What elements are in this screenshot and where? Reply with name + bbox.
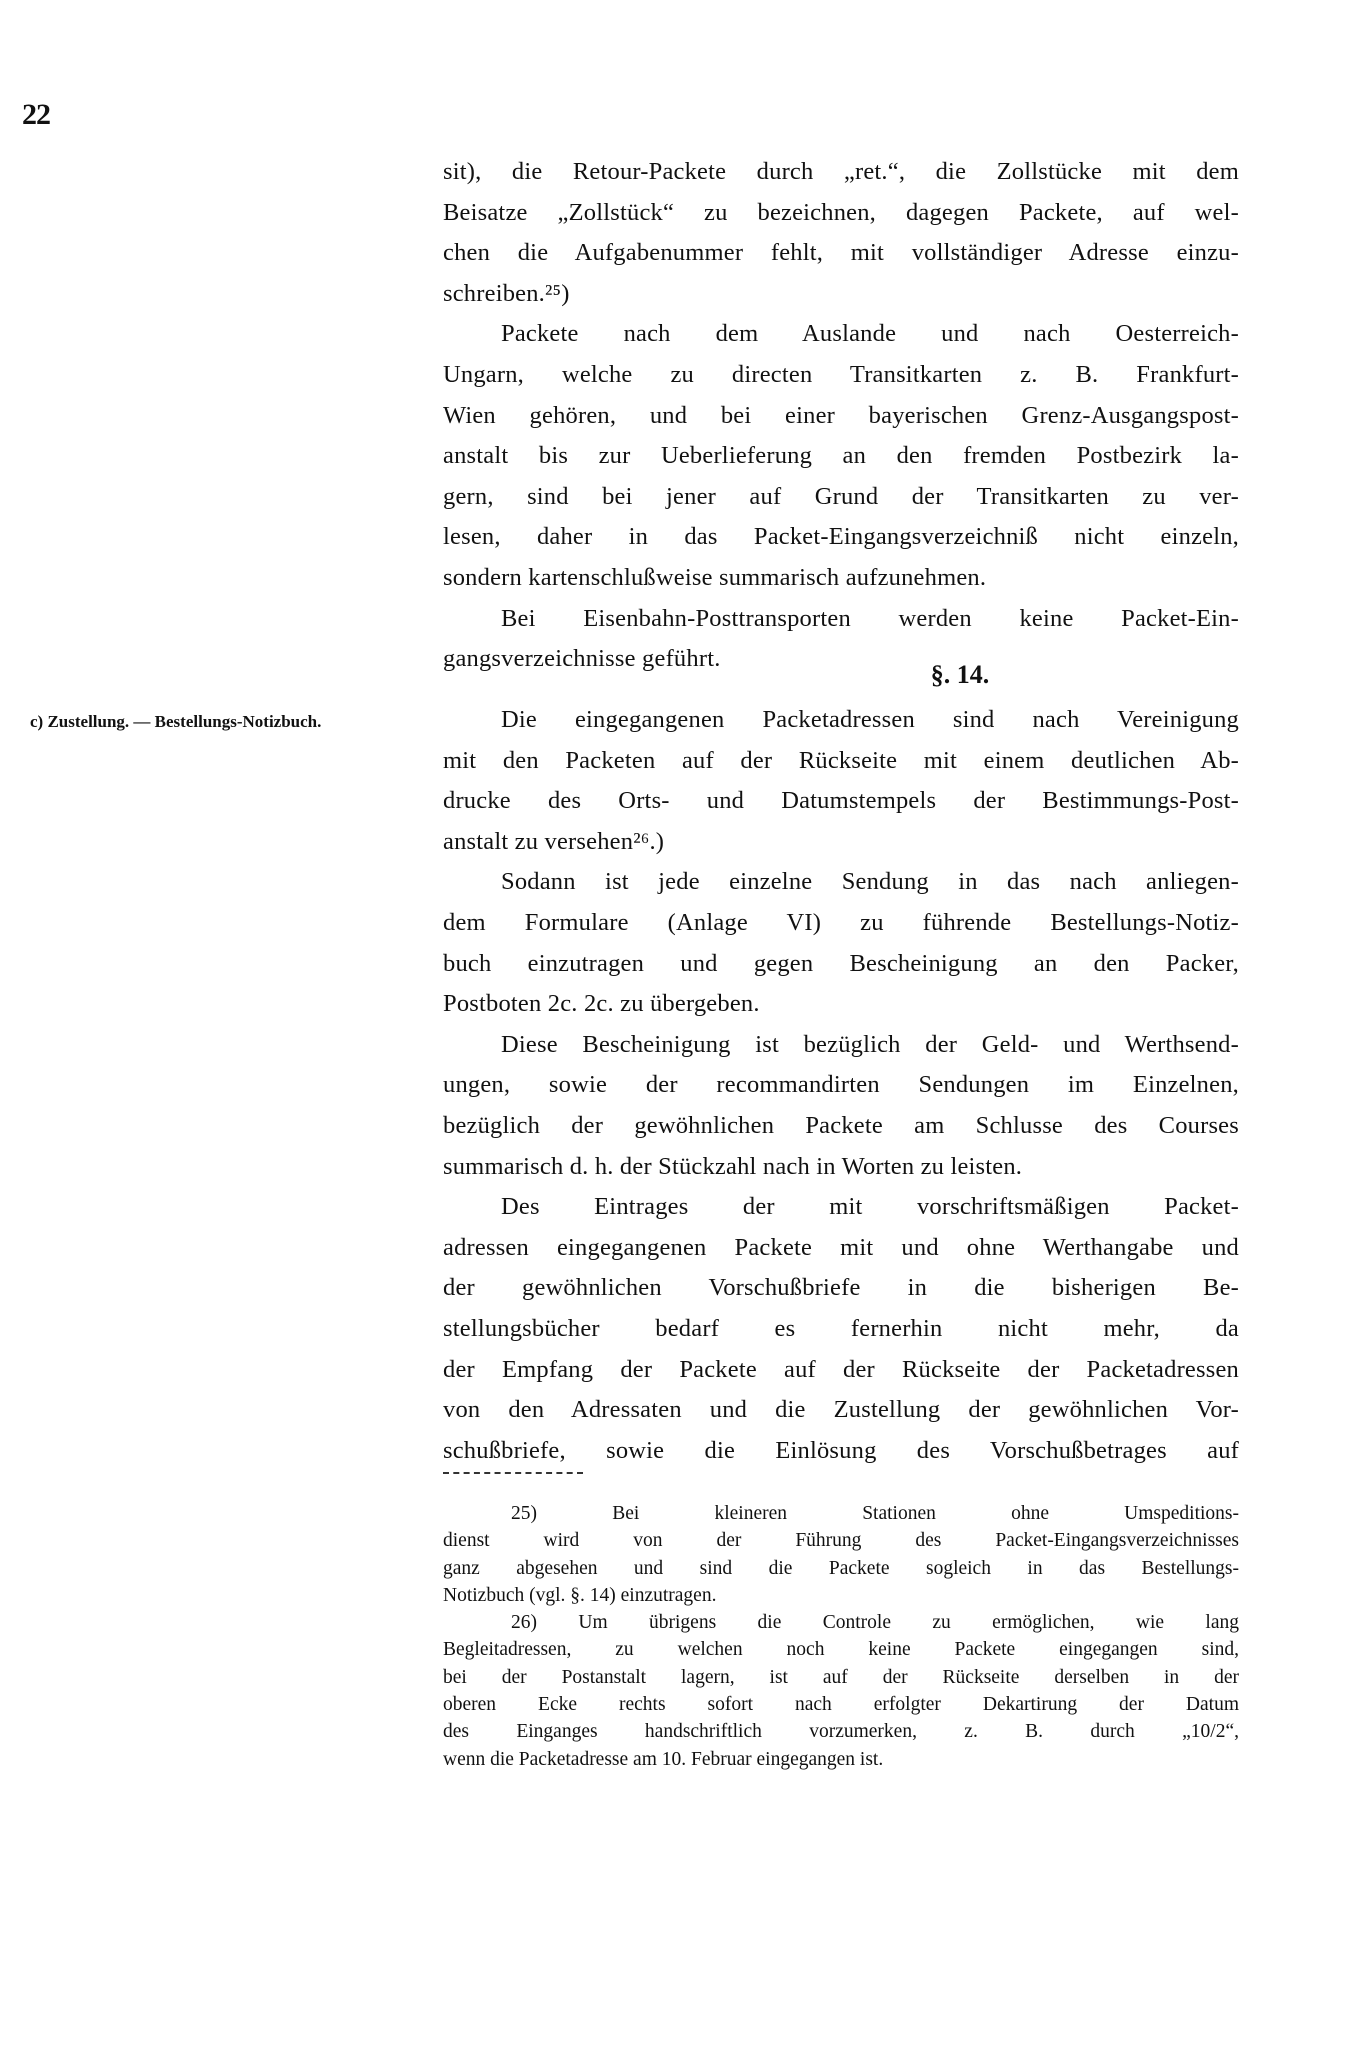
text-line: drucke des Orts- und Datumstempels der B…	[443, 781, 1239, 822]
section-heading: §. 14.	[0, 660, 1360, 690]
text-line: Wien gehören, und bei einer bayerischen …	[443, 396, 1239, 437]
text-line: lesen, daher in das Packet-Eingangsverze…	[443, 517, 1239, 558]
footnote-divider	[443, 1472, 583, 1474]
text-line: Packete nach dem Auslande und nach Oeste…	[443, 314, 1239, 355]
footnote-line: ganz abgesehen und sind die Packete sogl…	[443, 1555, 1239, 1582]
footnote-line: Notizbuch (vgl. §. 14) einzutragen.	[443, 1582, 1239, 1609]
section-heading-text: §. 14.	[931, 660, 990, 690]
text-line: stellungsbücher bedarf es fernerhin nich…	[443, 1309, 1239, 1350]
footnote-line: bei der Postanstalt lagern, ist auf der …	[443, 1664, 1239, 1691]
text-line: von den Adressaten und die Zustellung de…	[443, 1390, 1239, 1431]
text-line: Sodann ist jede einzelne Sendung in das …	[443, 862, 1239, 903]
footnote-line: oberen Ecke rechts sofort nach erfolgter…	[443, 1691, 1239, 1718]
footnote-line: Begleitadressen, zu welchen noch keine P…	[443, 1636, 1239, 1663]
text-line: Beisatze „Zollstück“ zu bezeichnen, dage…	[443, 193, 1239, 234]
text-line: anstalt bis zur Ueberlieferung an den fr…	[443, 436, 1239, 477]
body-text-after-section: Die eingegangenen Packetadressen sind na…	[443, 700, 1239, 1471]
text-line: Bei Eisenbahn-Posttransporten werden kei…	[443, 599, 1239, 640]
text-line: schreiben.²⁵)	[443, 274, 1239, 315]
text-line: sit), die Retour-Packete durch „ret.“, d…	[443, 152, 1239, 193]
text-line: bezüglich der gewöhnlichen Packete am Sc…	[443, 1106, 1239, 1147]
text-line: adressen eingegangenen Packete mit und o…	[443, 1228, 1239, 1269]
text-line: Ungarn, welche zu directen Transitkarten…	[443, 355, 1239, 396]
text-line: Postboten 2c. 2c. zu übergeben.	[443, 984, 1239, 1025]
text-line: buch einzutragen und gegen Bescheinigung…	[443, 944, 1239, 985]
text-line: Des Eintrages der mit vorschriftsmäßigen…	[443, 1187, 1239, 1228]
text-line: sondern kartenschlußweise summarisch auf…	[443, 558, 1239, 599]
body-text-before-section: sit), die Retour-Packete durch „ret.“, d…	[443, 152, 1239, 680]
text-line: ungen, sowie der recommandirten Sendunge…	[443, 1065, 1239, 1106]
text-line: summarisch d. h. der Stückzahl nach in W…	[443, 1147, 1239, 1188]
footnote-26: 26) Um übrigens die Controle zu ermöglic…	[443, 1609, 1239, 1773]
text-line: anstalt zu versehen²⁶.)	[443, 822, 1239, 863]
footnote-line: 26) Um übrigens die Controle zu ermöglic…	[443, 1609, 1239, 1636]
footnote-line: des Einganges handschriftlich vorzumerke…	[443, 1718, 1239, 1745]
page-number: 22	[22, 98, 50, 132]
text-line: chen die Aufgabenummer fehlt, mit vollst…	[443, 233, 1239, 274]
margin-note: c) Zustellung. — Bestellungs-Notizbuch.	[30, 712, 321, 732]
text-line: der Empfang der Packete auf der Rückseit…	[443, 1350, 1239, 1391]
text-line: dem Formulare (Anlage VI) zu führende Be…	[443, 903, 1239, 944]
text-line: Die eingegangenen Packetadressen sind na…	[443, 700, 1239, 741]
footnote-line: dienst wird von der Führung des Packet-E…	[443, 1527, 1239, 1554]
footnote-line: 25) Bei kleineren Stationen ohne Umspedi…	[443, 1500, 1239, 1527]
footnote-line: wenn die Packetadresse am 10. Februar ei…	[443, 1746, 1239, 1773]
text-line: schußbriefe, sowie die Einlösung des Vor…	[443, 1431, 1239, 1472]
text-line: Diese Bescheinigung ist bezüglich der Ge…	[443, 1025, 1239, 1066]
footnotes: 25) Bei kleineren Stationen ohne Umspedi…	[443, 1500, 1239, 1773]
text-line: mit den Packeten auf der Rückseite mit e…	[443, 741, 1239, 782]
text-line: gern, sind bei jener auf Grund der Trans…	[443, 477, 1239, 518]
footnote-25: 25) Bei kleineren Stationen ohne Umspedi…	[443, 1500, 1239, 1609]
text-line: der gewöhnlichen Vorschußbriefe in die b…	[443, 1268, 1239, 1309]
